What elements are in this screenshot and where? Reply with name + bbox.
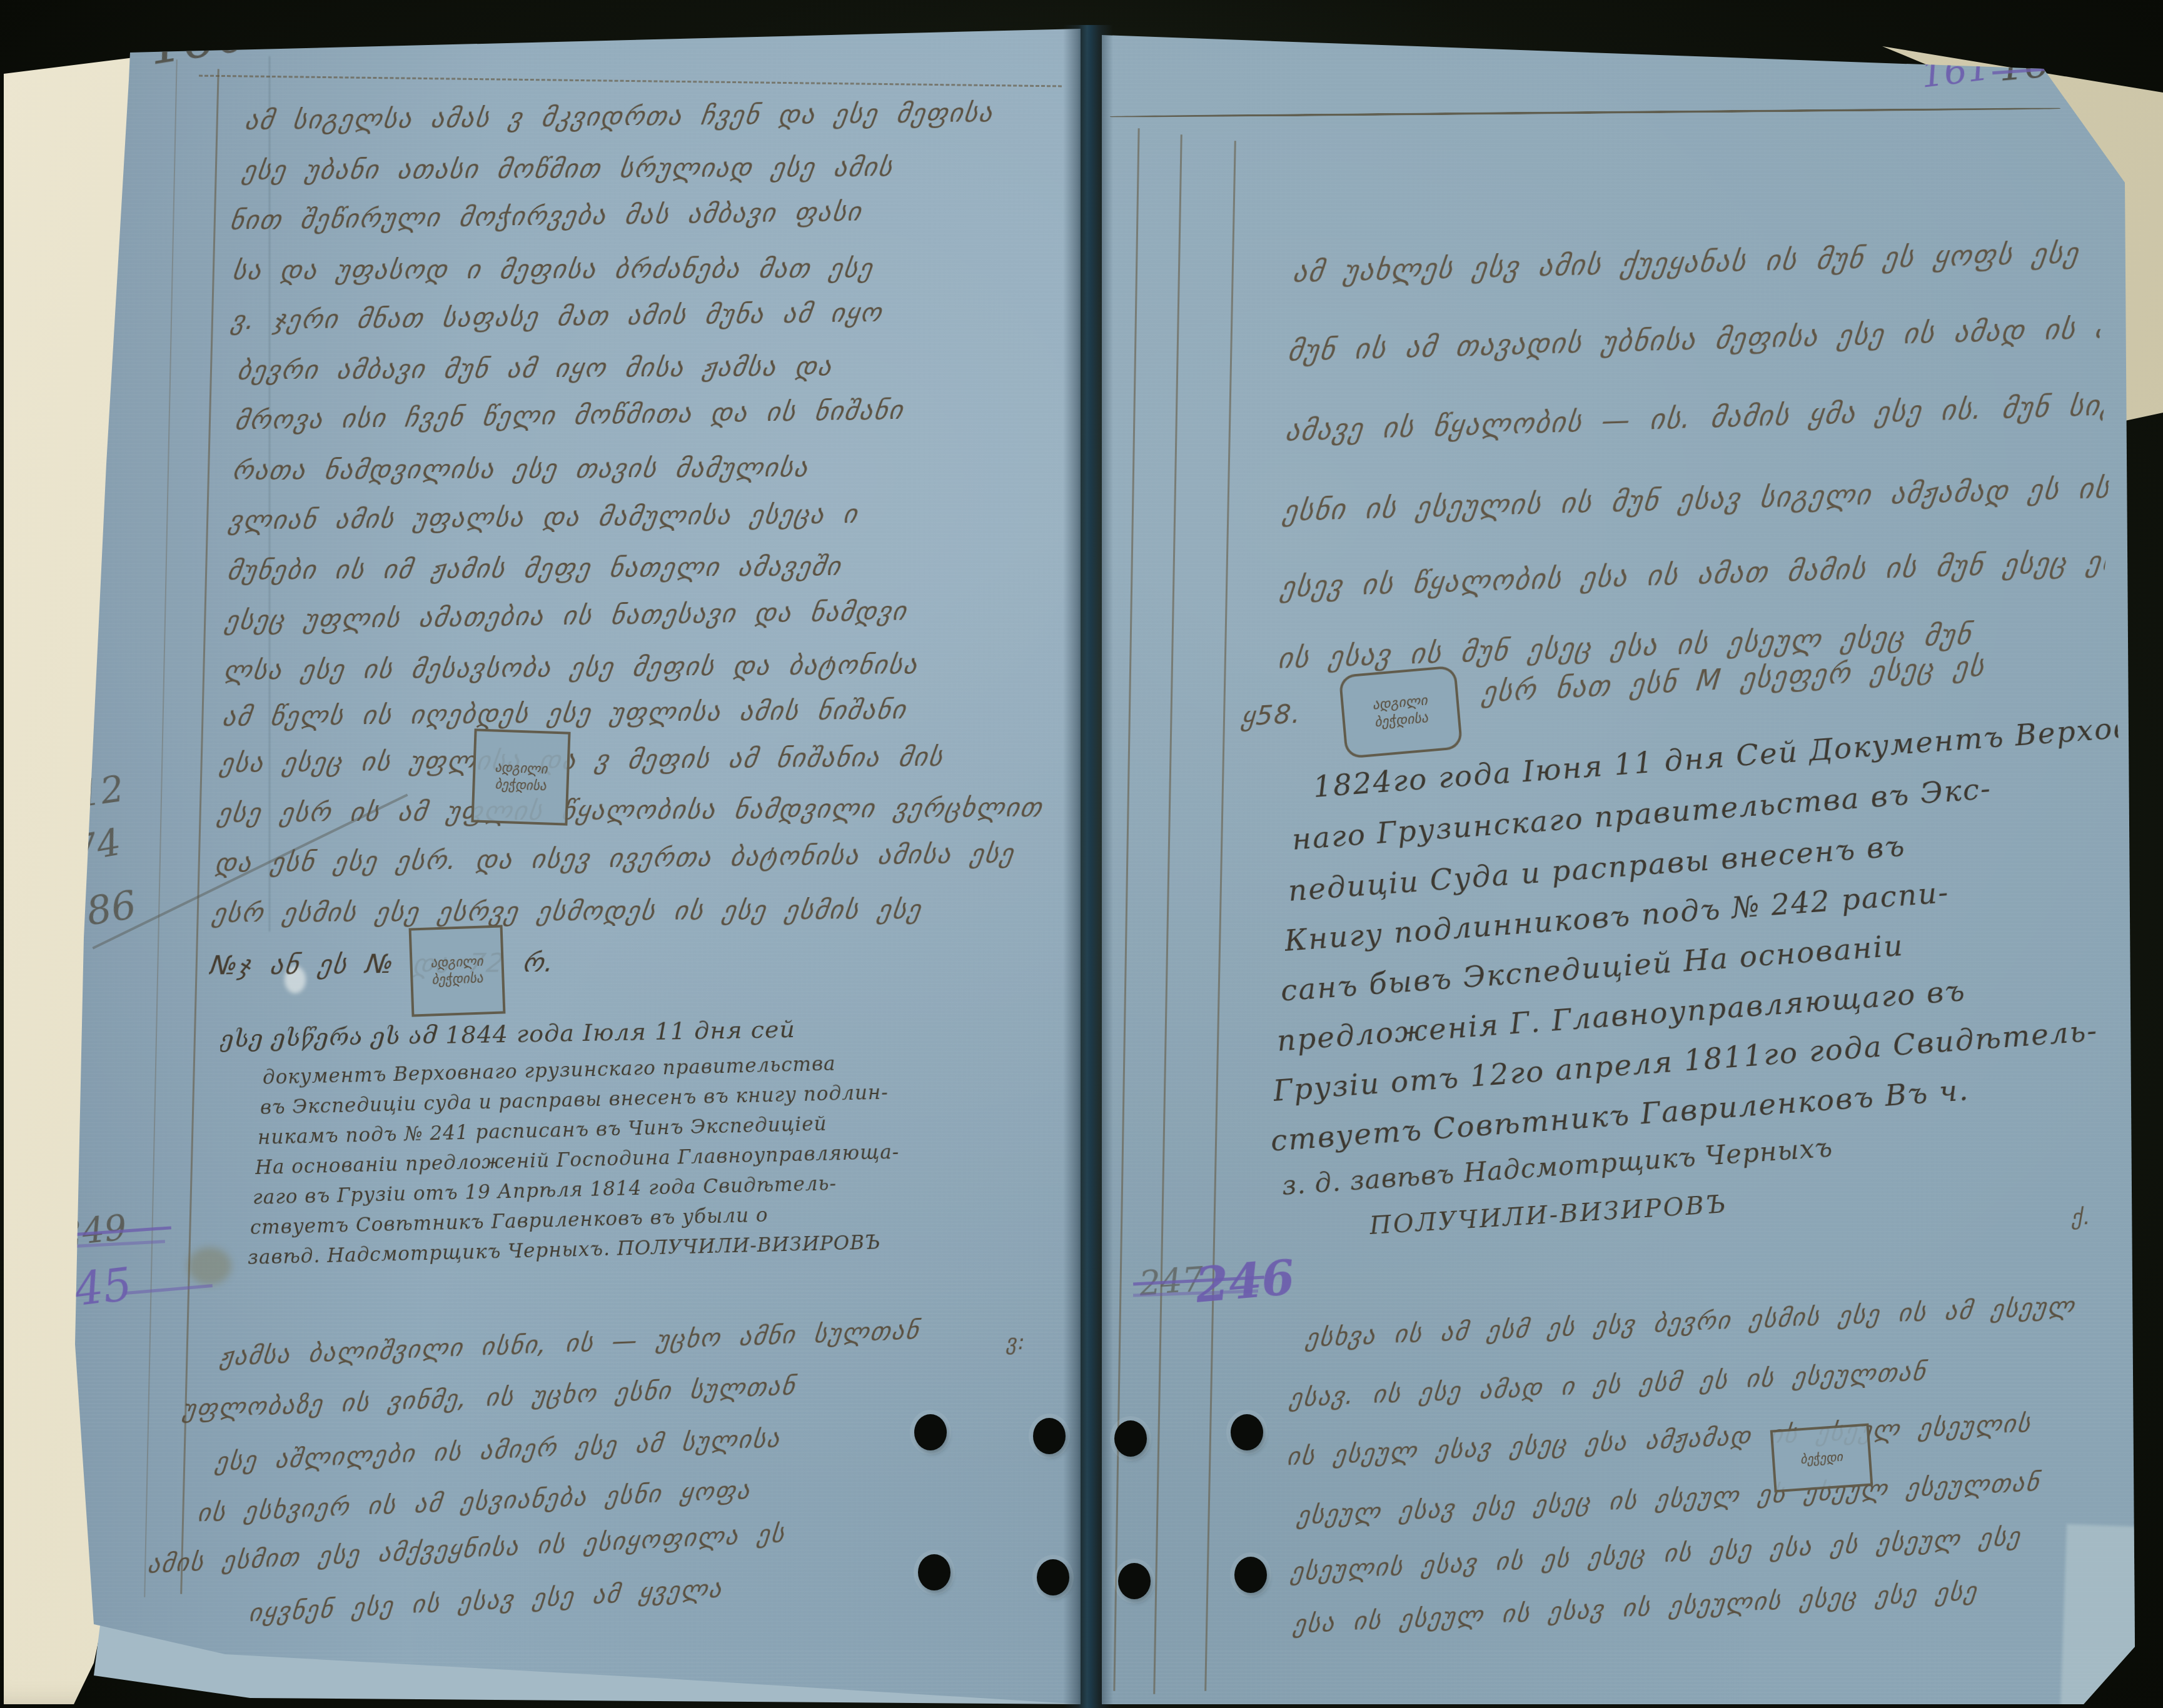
date-line: ესე ესწერა ეს ამ 1844 года Іюля 11 дня с…: [220, 1011, 1034, 1053]
manuscript-scan: 160ს ამ სიგელსა ამას ვ მკვიდრთა ჩვენ და …: [0, 0, 2163, 1708]
left-margin-rule: [180, 69, 219, 1594]
seal-box-text: ადგილი: [475, 760, 567, 777]
manuscript-line: უფლობაზე ის ვინმე, ის უცხო ესნი სულთან: [181, 1368, 897, 1424]
manuscript-line: სა და უფასოდ ი მეფისა ბრძანება მათ ესე: [230, 252, 1073, 286]
manuscript-line: მუნები ის იმ ჟამის მეფე ნათელი ამავეში: [225, 550, 1074, 586]
right-margin-rule-1: [1113, 128, 1139, 1691]
manuscript-line: მროვა ისი ჩვენ წელი მოწმითა და ის ნიშანი: [233, 392, 1076, 436]
seal-place-box-small: ბეჭედი: [1770, 1424, 1873, 1493]
manuscript-line: ვ. ჯერი მნათ საფასე მათ ამის მუნა ამ იყო: [229, 295, 1074, 336]
binding-hole: [1234, 1557, 1267, 1593]
manuscript-line: მუნ ის ამ თავადის უბნისა მეფისა ესე ის ა…: [1286, 311, 2103, 368]
manuscript-line: ამ სიგელსა ამას ვ მკვიდრთა ჩვენ და ესე მ…: [243, 96, 1072, 136]
binding-hole: [1114, 1420, 1147, 1457]
seal-box-text: ბეჭედი: [1774, 1448, 1868, 1468]
binding-hole: [1033, 1418, 1066, 1454]
binding-hole: [1231, 1414, 1263, 1450]
right-margin-rule-2: [1153, 134, 1182, 1694]
seal-place-box-2: ადგილი ბეჭდისა: [409, 925, 506, 1017]
manuscript-line: ის ესეულ ესავ ესეც ესა ამჟამად ის ესეულ …: [1285, 1405, 2125, 1472]
manuscript-line: ამ უახლეს ესვ ამის ქუეყანას ის მუნ ეს ყო…: [1291, 235, 2102, 288]
manuscript-line: ლსა ესე ის მესავსობა ესე მეფის და ბატონი…: [221, 648, 1073, 686]
manuscript-line: ესრ ესმის ესე ესრვე ესმოდეს ის ესე ესმის…: [210, 893, 1071, 928]
manuscript-line: ბევრი ამბავი მუნ ამ იყო მისა ჟამსა და: [235, 349, 1077, 386]
manuscript-line: ესეც უფლის ამათებია ის ნათესავი და ნამდვ…: [223, 593, 1074, 636]
reference-number: ყ58.: [1240, 696, 1336, 732]
left-margin-rule-faint: [144, 59, 178, 1597]
marginal-mark: ვ:: [1005, 1329, 1062, 1355]
manuscript-line: და ესნ ესე ესრ. და ისევ ივერთა ბატონისა …: [213, 837, 1071, 878]
binding-hole: [1118, 1563, 1151, 1599]
manuscript-line: რათა ნამდვილისა ესე თავის მამულისა: [230, 451, 1076, 486]
manuscript-line: ესა ის ესეულ ის ესავ ის ესეულის ესეც ესე…: [1291, 1572, 2069, 1639]
manuscript-line: ესე უბანი ათასი მოწმით სრულიად ესე ამის: [240, 151, 1076, 186]
seal-box-text: ადგილი: [412, 953, 502, 971]
manuscript-line: №ჯ ან ეს № და 72 რ.: [208, 947, 600, 981]
seal-box-text: ბეჭდისა: [413, 971, 502, 988]
left-page-top-rule: [199, 75, 1062, 88]
manuscript-line: ნით შეწირული მოჭირვება მას ამბავი ფასი: [228, 193, 1070, 236]
manuscript-line: ესხვა ის ამ ესმ ეს ესვ ბევრი ესმის ესე ი…: [1304, 1290, 2113, 1353]
seal-place-box-right: ადგილი ბეჭდისა: [1339, 665, 1463, 759]
manuscript-line: ესა ესეც ის უფლისა და ვ მეფის ამ ნიშანია…: [218, 740, 1072, 778]
purple-flourish: [125, 1284, 213, 1295]
manuscript-line: ესავ. ის ესე ამად ი ეს ესმ ეს ის ესეულთა…: [1288, 1349, 2122, 1413]
manuscript-line: ამავე ის წყალობის — ის. მამის ყმა ესე ის…: [1284, 388, 2107, 447]
manuscript-line: ესნი ის ესეულის ის მუნ ესავ სიგელი ამჟამ…: [1281, 471, 2110, 527]
manuscript-line: ესევ ის წყალობის ესა ის ამათ მამის ის მუ…: [1279, 544, 2108, 603]
manuscript-line: ესე ესრ ის ამ უფლის წყალობისა ნამდვილი ვ…: [215, 791, 1073, 828]
binding-gutter: [1063, 25, 1113, 1708]
manuscript-line: ესე აშლილები ის ამიერ ესე ამ სულისა: [213, 1420, 885, 1477]
manuscript-line: იყვნენ ესე ის ესავ ესე ამ ყველა: [248, 1567, 869, 1628]
right-margin-rule-3: [1204, 141, 1236, 1691]
seal-place-box-1: ადგილი ბეჭდისა: [471, 728, 570, 825]
manuscript-line: ესეულ ესავ ესე ესეც ის ესეულ ეს ესეულ ეს…: [1295, 1465, 2110, 1530]
right-page-top-rule: [1110, 107, 2060, 118]
marginal-mark: ქ.: [2070, 1203, 2127, 1230]
manuscript-line: ამ წელს ის იღებდეს ესე უფლისა ამის ნიშან…: [220, 693, 1075, 732]
manuscript-line: ჟამსა ბალიშვილი ისნი, ის — უცხო ამნი სულ…: [218, 1314, 991, 1372]
binding-hole: [914, 1414, 947, 1450]
binding-hole: [918, 1554, 950, 1590]
seal-box-text: ბეჭდისა: [475, 776, 567, 794]
margin-number-purple: 246: [1193, 1249, 1297, 1313]
paper-stain: [188, 1247, 231, 1285]
binding-hole: [1037, 1559, 1069, 1595]
manuscript-line: ვლიან ამის უფალსა და მამულისა ესეცა ი: [226, 496, 1075, 536]
